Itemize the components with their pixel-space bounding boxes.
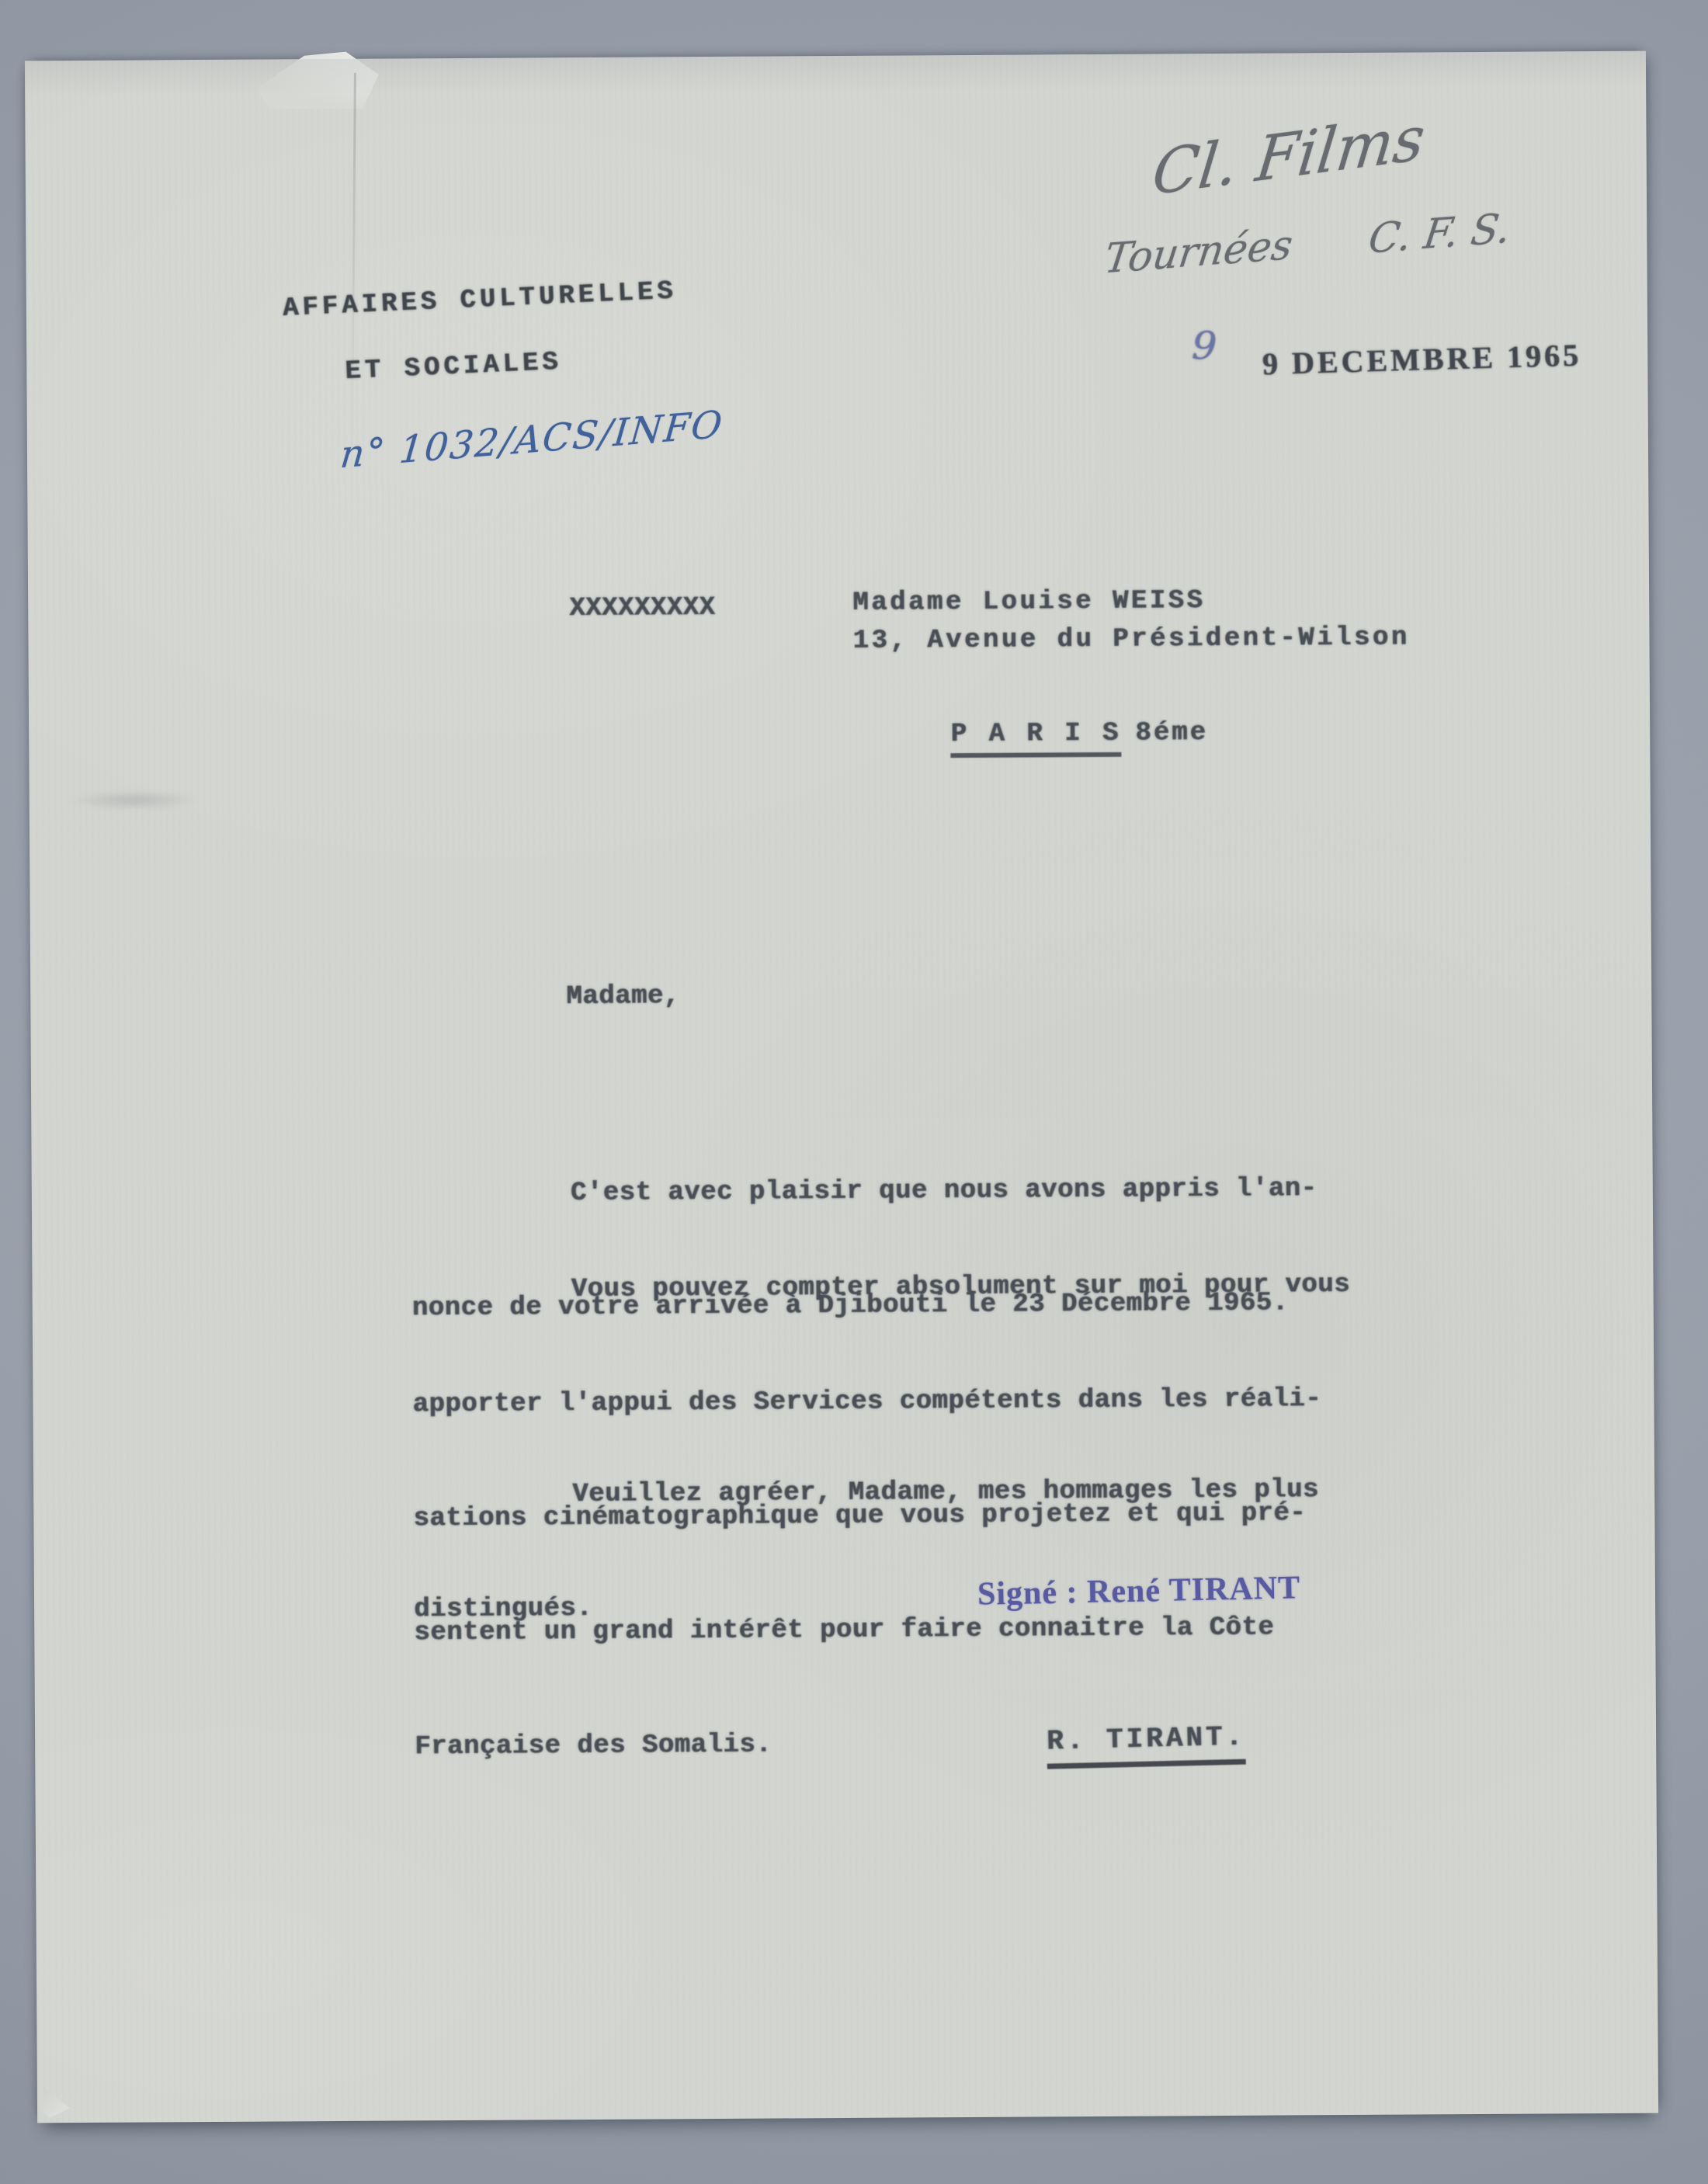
recipient-city: P A R I S bbox=[951, 719, 1122, 758]
letterhead-line2: ET SOCIALES bbox=[344, 344, 562, 391]
pencil-note-line1: Cl. Films bbox=[1149, 103, 1429, 210]
recipient-arrondissement: 8éme bbox=[1135, 718, 1208, 748]
date-stamp: 9 DECEMBRE 1965 9 bbox=[1196, 300, 1584, 457]
signature-stamp: Signé : René TIRANT bbox=[977, 1570, 1301, 1613]
paragraph-3: Veuillez agréer, Madame, mes hommages le… bbox=[412, 1395, 1320, 1705]
letter-page: Cl. Films Tournées C. F. S. AFFAIRES CUL… bbox=[25, 51, 1658, 2123]
torn-edge-fold bbox=[255, 50, 380, 113]
pencil-note-line2: Tournées C. F. S. bbox=[1102, 205, 1513, 283]
recipient-street: 13, Avenue du Président-Wilson bbox=[852, 620, 1409, 661]
body-line: Vous pouvez compter absolument sur moi p… bbox=[411, 1266, 1350, 1310]
bottom-left-corner-fold bbox=[43, 2087, 70, 2118]
typed-signature: R. TIRANT. bbox=[1047, 1718, 1246, 1769]
date-stamp-rest: DECEMBRE 1965 bbox=[1280, 338, 1581, 381]
recipient-name: Madame Louise WEISS bbox=[852, 582, 1205, 623]
ink-smudge bbox=[68, 790, 200, 811]
recipient-city-line: P A R I S8éme bbox=[853, 676, 1209, 793]
date-stamp-day: 9 bbox=[1262, 346, 1281, 382]
body-line: Veuillez agréer, Madame, mes hommages le… bbox=[413, 1471, 1319, 1515]
date-blue-overwrite: 9 bbox=[1191, 323, 1217, 369]
redaction-x-row: XXXXXXXXX bbox=[569, 589, 715, 628]
scan-background: Cl. Films Tournées C. F. S. AFFAIRES CUL… bbox=[0, 0, 1708, 2184]
letterhead-line1: AFFAIRES CULTURELLES bbox=[282, 273, 678, 329]
reference-number: n° 1032/ACS/INFO bbox=[338, 403, 725, 477]
salutation: Madame, bbox=[566, 977, 680, 1016]
